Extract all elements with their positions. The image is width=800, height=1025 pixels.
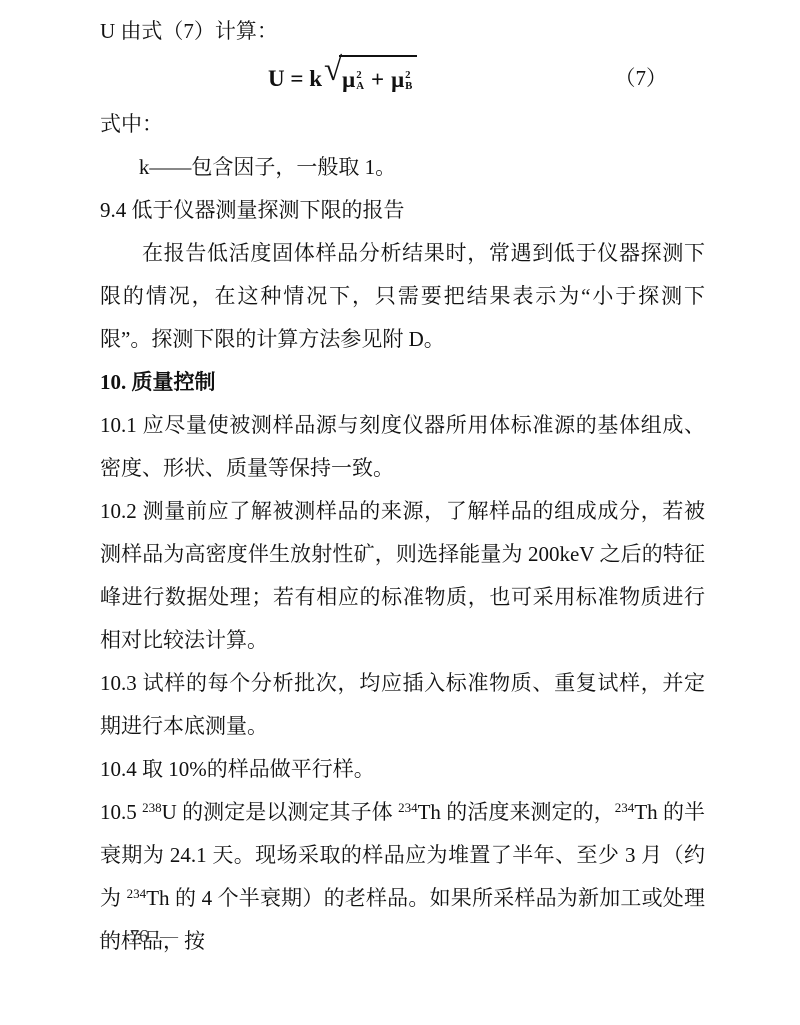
document-page: U 由式（7）计算： U = k√μ2A+μ2B （7） 式中： k——包含因子… xyxy=(100,10,705,963)
clause-paragraph: 10.3 试样的每个分析批次，均应插入标准物质、重复试样，并定期进行本底测量。 xyxy=(100,662,705,748)
square-root: √μ2A+μ2B xyxy=(324,55,417,101)
page-number: 76 xyxy=(130,926,148,947)
clause-paragraph: 10.4 取 10%的样品做平行样。 xyxy=(100,748,705,791)
where-label: 式中： xyxy=(100,103,705,146)
intro-line: U 由式（7）计算： xyxy=(100,10,705,53)
equation-7: U = k√μ2A+μ2B （7） xyxy=(100,53,705,103)
isotope-superscript: 238 xyxy=(142,800,162,815)
mu-term-a: μ xyxy=(342,58,355,101)
equation-body: U = k√μ2A+μ2B xyxy=(268,55,417,101)
mu-a-scripts: 2A xyxy=(356,70,364,92)
isotope-superscript: 234 xyxy=(127,886,147,901)
where-item-k: k——包含因子，一般取 1。 xyxy=(100,146,705,189)
mu-term-b: μ xyxy=(391,58,404,101)
footer-left-dash: — xyxy=(100,926,118,947)
footer-right-dash: — xyxy=(160,926,178,947)
isotope-superscript: 234 xyxy=(615,800,635,815)
section-9-4-heading: 9.4 低于仪器测量探测下限的报告 xyxy=(100,189,705,232)
isotope-superscript: 234 xyxy=(398,800,418,815)
clause-paragraph: 10.2 测量前应了解被测样品的来源，了解样品的组成成分，若被测样品为高密度伴生… xyxy=(100,490,705,662)
section-9-4-body: 在报告低活度固体样品分析结果时，常遇到低于仪器探测下限的情况，在这种情况下，只需… xyxy=(100,232,705,361)
radicand: μ2A+μ2B xyxy=(339,55,417,101)
plus-operator: + xyxy=(371,58,384,101)
equation-lhs: U = k xyxy=(268,57,322,100)
section-10-clauses: 10.1 应尽量使被测样品源与刻度仪器所用体标准源的基体组成、密度、形状、质量等… xyxy=(100,404,705,963)
page-footer: — 76 — xyxy=(100,926,178,947)
section-10-heading: 10. 质量控制 xyxy=(100,361,705,404)
clause-paragraph: 10.5 238U 的测定是以测定其子体 234Th 的活度来测定的，234Th… xyxy=(100,791,705,963)
mu-b-scripts: 2B xyxy=(405,70,412,92)
clause-paragraph: 10.1 应尽量使被测样品源与刻度仪器所用体标准源的基体组成、密度、形状、质量等… xyxy=(100,404,705,490)
equation-number: （7） xyxy=(615,57,668,100)
